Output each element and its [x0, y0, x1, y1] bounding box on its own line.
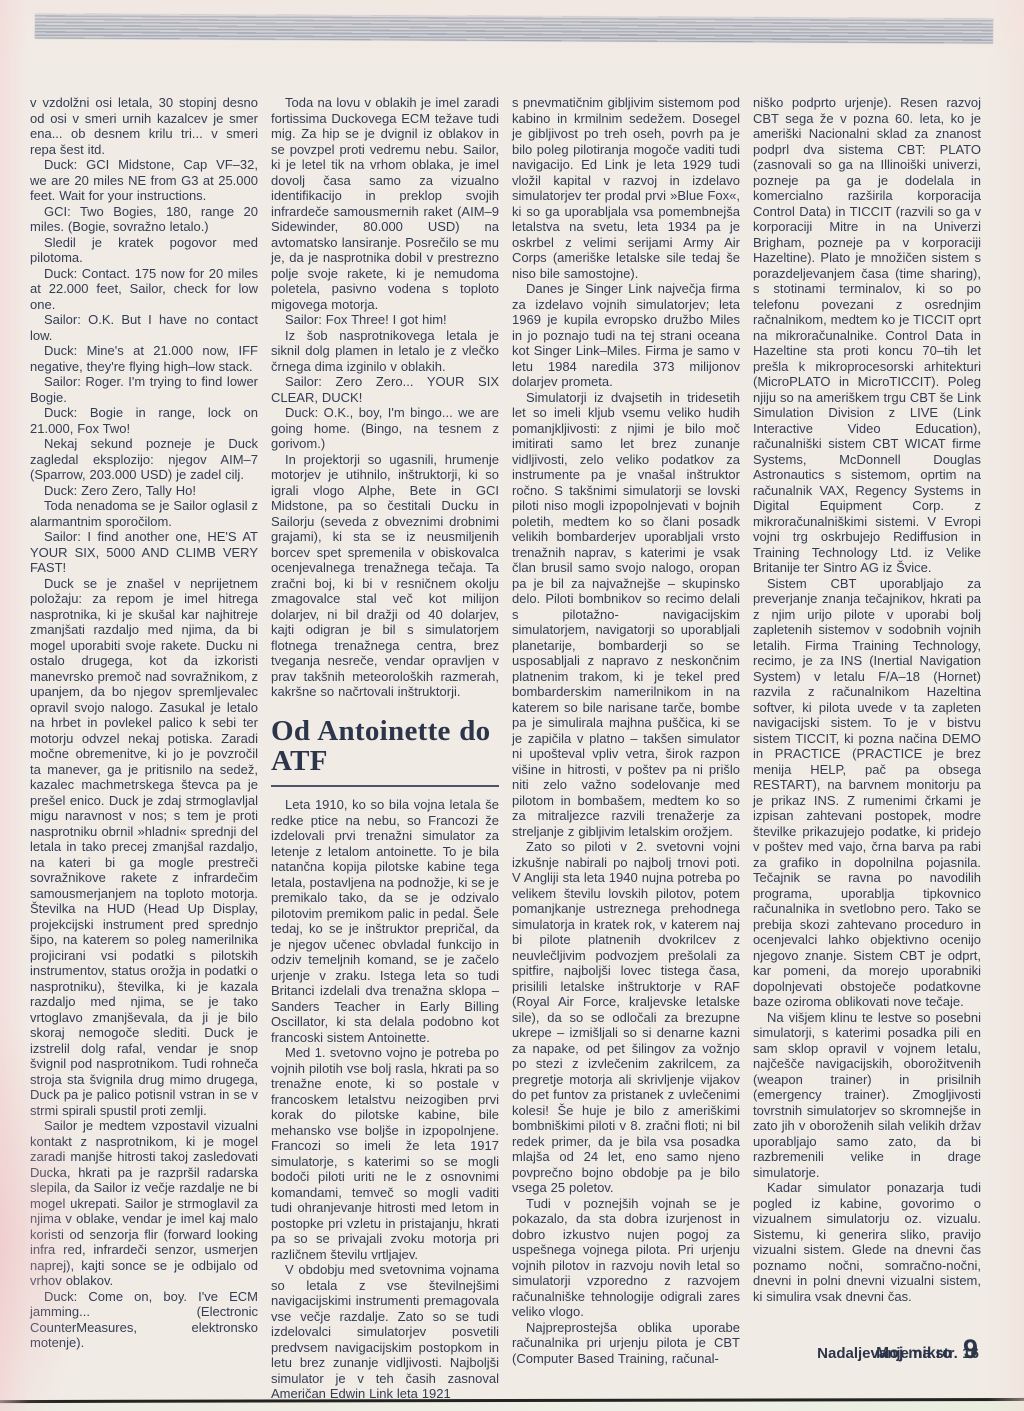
column-3: s pnevmatičnim gibljivim sistemom pod ka… [512, 95, 740, 1402]
text-block: Najpreprostejša oblika uporabe računalni… [512, 1320, 740, 1367]
text-block: Duck: Mine's at 21.000 now, IFF negative… [30, 343, 258, 374]
article-columns: v vzdolžni osi letala, 30 stopinj desno … [30, 95, 994, 1402]
page-number: 9 [963, 1336, 978, 1363]
text-block: In projektorji so ugasnili, hrumenje mot… [271, 452, 499, 700]
text-block: Tudi v poznejših vojnah se je pokazalo, … [512, 1196, 740, 1320]
text-block: niško podprto urjenje). Resen razvoj CBT… [753, 95, 981, 576]
text-block: Duck se je znašel v neprijetnem položaju… [30, 576, 258, 1119]
text-block: Sailor: Roger. I'm trying to find lower … [30, 374, 258, 405]
text-block: Simulatorji iz dvajsetih in tridesetih l… [512, 390, 740, 840]
text-block: Danes je Singer Link največja firma za i… [512, 281, 740, 390]
header-stripe-bar [35, 13, 993, 43]
text-block: Nekaj sekund pozneje je Duck zagledal ek… [30, 436, 258, 483]
text-block: Od Antoinette do ATF [271, 700, 499, 788]
text-block: Sailor: Zero Zero... YOUR SIX CLEAR, DUC… [271, 374, 499, 405]
text-block: Sistem CBT uporabljajo za preverjanje zn… [753, 576, 981, 1010]
text-block: Leta 1910, ko so bila vojna letala še re… [271, 797, 499, 1045]
column-2: Toda na lovu v oblakih je imel zaradi fo… [271, 95, 499, 1402]
text-block: V obdobju med svetovnima vojnama so leta… [271, 1262, 499, 1402]
magazine-name: Moj mikro [876, 1345, 952, 1363]
text-block: Na višjem klinu te lestve so posebni sim… [753, 1010, 981, 1181]
text-block: Toda na lovu v oblakih je imel zaradi fo… [271, 95, 499, 312]
text-block: Sledil je kratek pogovor med pilotoma. [30, 235, 258, 266]
text-block: v vzdolžni osi letala, 30 stopinj desno … [30, 95, 258, 157]
text-block: Sailor je medtem vzpostavil vizualni kon… [30, 1118, 258, 1289]
magazine-page: { "colors": { "ink": "#333d54", "paper":… [0, 0, 1024, 1411]
text-block: Toda nenadoma se je Sailor oglasil z ala… [30, 498, 258, 529]
page-footer: Moj mikro 9 [876, 1336, 978, 1363]
text-block: Med 1. svetovno vojno je potreba po vojn… [271, 1045, 499, 1262]
text-block: Duck: O.K., boy, I'm bingo... we are goi… [271, 405, 499, 452]
text-block: Duck: Zero Zero, Tally Ho! [30, 483, 258, 499]
text-block: Duck: Come on, boy. I've ECM jamming... … [30, 1289, 258, 1351]
text-block: Duck: GCI Midstone, Cap VF–32, we are 20… [30, 157, 258, 204]
column-4: niško podprto urjenje). Resen razvoj CBT… [753, 95, 981, 1402]
text-block: Duck: Bogie in range, lock on 21.000, Fo… [30, 405, 258, 436]
column-1: v vzdolžni osi letala, 30 stopinj desno … [30, 95, 258, 1402]
text-block: Iz šob nasprotnikovega letala je siknil … [271, 328, 499, 375]
text-block: Sailor: I find another one, HE'S AT YOUR… [30, 529, 258, 576]
text-block: Duck: Contact. 175 now for 20 miles at 2… [30, 266, 258, 313]
text-block: Zato so piloti v 2. svetovni vojni izkuš… [512, 839, 740, 1196]
text-block: Kadar simulator ponazarja tudi pogled iz… [753, 1180, 981, 1304]
text-block: GCI: Two Bogies, 180, range 20 miles. (B… [30, 204, 258, 235]
text-block: s pnevmatičnim gibljivim sistemom pod ka… [512, 95, 740, 281]
text-block: Sailor: Fox Three! I got him! [271, 312, 499, 328]
text-block: Sailor: O.K. But I have no contact low. [30, 312, 258, 343]
